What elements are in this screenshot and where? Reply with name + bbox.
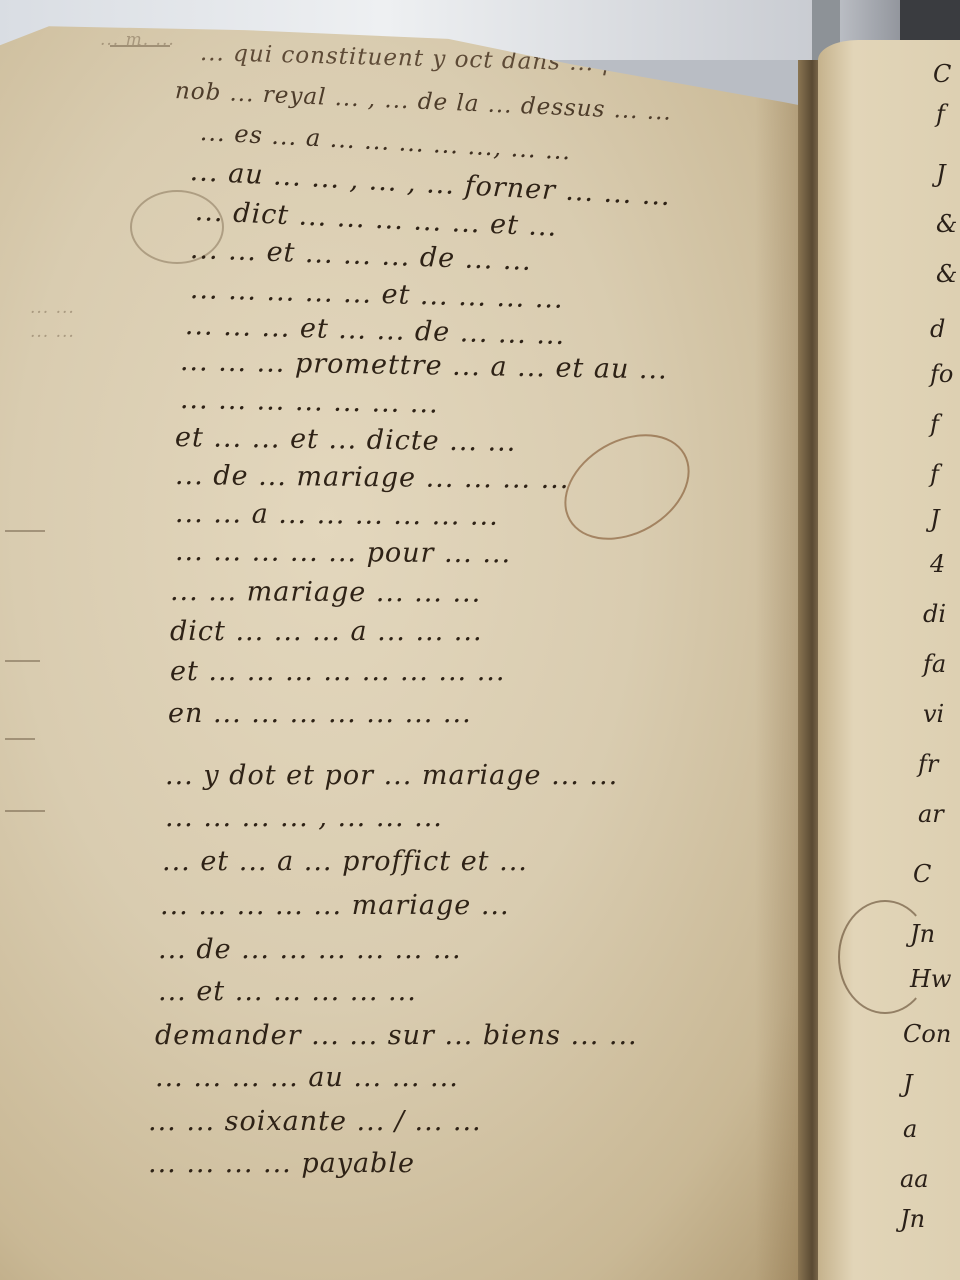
manuscript-fragment: d — [930, 315, 945, 343]
manuscript-line: ... ... mariage ... ... ... — [170, 576, 481, 609]
manuscript-line: ... ... soixante ... / ... ... — [148, 1106, 482, 1137]
margin-mark — [5, 738, 35, 740]
manuscript-fragment: a — [903, 1115, 917, 1143]
manuscript-line: ... ... ... ... , ... ... ... — [165, 802, 443, 833]
manuscript-line: et ... ... et ... dicte ... ... — [175, 422, 517, 458]
manuscript-fragment: fa — [923, 650, 946, 678]
manuscript-fragment: J — [930, 505, 940, 533]
manuscript-line: demander ... ... sur ... biens ... ... — [155, 1020, 638, 1051]
manuscript-line: ... ... ... ... ... et ... ... ... ... — [190, 274, 564, 315]
margin-note: ... m. ... — [100, 30, 175, 50]
margin-mark — [5, 660, 40, 662]
manuscript-line: et ... ... ... ... ... ... ... ... — [170, 656, 505, 687]
manuscript-line: nob ... reyal ... , ... de la ... dessus… — [174, 78, 672, 126]
manuscript-fragment: Hw — [910, 965, 951, 993]
manuscript-fragment: f — [930, 460, 939, 488]
manuscript-fragment: fr — [918, 750, 938, 778]
manuscript-fragment: Jn — [900, 1205, 925, 1233]
manuscript-line: en ... ... ... ... ... ... ... — [168, 698, 472, 729]
right-manuscript-page: C f J & & d fo f f J 4 di fa vi fr ar C … — [818, 40, 960, 1280]
manuscript-fragment: di — [923, 600, 946, 628]
manuscript-fragment: fo — [930, 360, 953, 388]
manuscript-line: ... ... a ... ... ... ... ... ... — [175, 498, 499, 532]
manuscript-line: ... ... ... ... ... mariage ... — [160, 890, 510, 921]
manuscript-line: ... ... ... ... ... ... ... — [180, 384, 439, 420]
manuscript-line: ... ... ... ... payable — [148, 1148, 415, 1179]
manuscript-line: ... de ... ... ... ... ... ... — [158, 934, 462, 965]
margin-note: ... ... — [30, 298, 75, 318]
manuscript-fragment: & — [936, 210, 957, 238]
manuscript-fragment: C — [913, 860, 931, 888]
manuscript-fragment: J — [936, 160, 946, 188]
manuscript-line: dict ... ... ... a ... ... ... — [170, 616, 483, 647]
manuscript-fragment: C — [933, 60, 951, 88]
manuscript-line: ... et ... ... ... ... ... — [158, 976, 417, 1007]
left-manuscript-page: ... m. ... ... ... ... ... ... qui const… — [0, 20, 815, 1280]
manuscript-fragment: f — [930, 410, 939, 438]
manuscript-line: ... y dot et por ... mariage ... ... — [165, 760, 618, 791]
margin-mark — [5, 810, 45, 812]
manuscript-line: ... ... et ... ... ... de ... ... — [189, 234, 532, 277]
margin-note: ... ... — [30, 322, 75, 342]
manuscript-fragment: J — [903, 1070, 913, 1098]
manuscript-fragment: ar — [918, 800, 944, 828]
manuscript-fragment: & — [936, 260, 957, 288]
manuscript-line: ... ... ... ... ... pour ... ... — [175, 536, 511, 569]
manuscript-line: ... ... ... promettre ... a ... et au ..… — [180, 346, 668, 386]
manuscript-line: ... ... ... ... au ... ... ... — [155, 1062, 459, 1093]
ink-flourish — [838, 900, 932, 1014]
manuscript-fragment: Jn — [910, 920, 935, 948]
manuscript-line: ... de ... mariage ... ... ... ... — [175, 460, 570, 495]
margin-mark — [5, 530, 45, 532]
manuscript-fragment: Con — [903, 1020, 951, 1048]
manuscript-fragment: vi — [923, 700, 944, 728]
manuscript-fragment: aa — [900, 1165, 929, 1193]
manuscript-line: ... ... ... et ... ... de ... ... ... — [185, 310, 566, 351]
manuscript-line: ... es ... a ... ... ... ... ..., ... ..… — [199, 118, 572, 165]
manuscript-fragment: f — [936, 100, 945, 128]
manuscript-fragment: 4 — [930, 550, 945, 578]
manuscript-line: ... et ... a ... proffict et ... — [162, 846, 528, 877]
ink-flourish — [545, 413, 708, 561]
